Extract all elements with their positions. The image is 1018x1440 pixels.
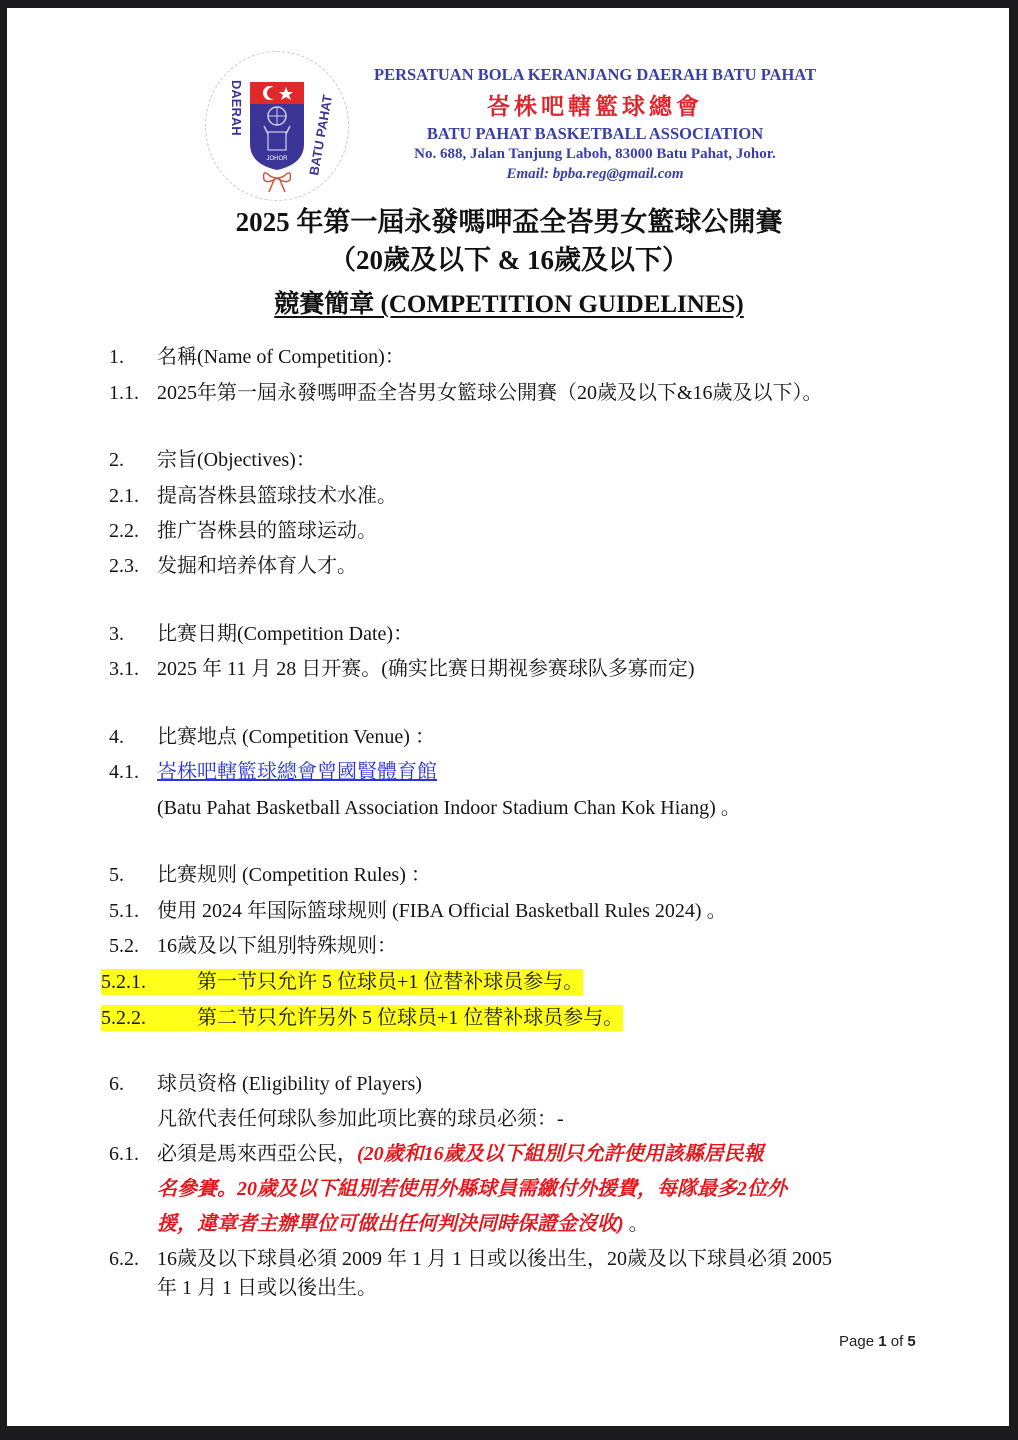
letterhead-email: Email: bpba.reg@gmail.com [357, 166, 833, 183]
svg-text:DAERAH: DAERAH [229, 80, 244, 136]
section-2-2: 2.2.推广峇株县的篮球运动。 [109, 516, 377, 546]
section-2-heading: 2.宗旨(Objectives)： [109, 445, 316, 475]
venue-link[interactable]: 峇株吧轄籃球總會曾國賢體育館 [157, 761, 437, 783]
document-subtitle: （20歲及以下 & 16歲及以下） [0, 238, 1018, 277]
guidelines-heading: 競賽簡章 (COMPETITION GUIDELINES) [0, 284, 1018, 320]
section-4-heading: 4.比赛地点 (Competition Venue) ： [109, 722, 435, 752]
section-1-1: 1.1.2025年第一屆永發嗎呷盃全峇男女籃球公開賽（20歲及以下&16歲及以下… [109, 378, 823, 408]
document-title: 2025 年第一屆永發嗎呷盃全峇男女籃球公開賽 [0, 200, 1018, 239]
letterhead-address: No. 688, Jalan Tanjung Laboh, 83000 Batu… [357, 146, 833, 163]
section-5-2-2: 5.2.2.第二节只允许另外 5 位球员+1 位替补球员参与。 [101, 1003, 623, 1033]
section-5-heading: 5.比赛规则 (Competition Rules) ： [109, 860, 431, 890]
association-logo: JOHOR DAERAH BATU PAHAT [205, 51, 349, 201]
highlighted-rule: 5.2.2.第二节只允许另外 5 位球员+1 位替补球员参与。 [101, 1005, 623, 1031]
letterhead-english-name: BATU PAHAT BASKETBALL ASSOCIATION [357, 124, 833, 144]
section-4-1-english: (Batu Pahat Basketball Association Indoo… [109, 793, 741, 823]
letterhead-malay-name: PERSATUAN BOLA KERANJANG DAERAH BATU PAH… [357, 65, 833, 85]
section-6-heading: 6.球员资格 (Eligibility of Players) [109, 1069, 422, 1099]
letterhead-chinese-name: 峇株吧轄籃球總會 [357, 88, 833, 121]
basketball-association-emblem-icon: JOHOR DAERAH BATU PAHAT [206, 52, 348, 200]
section-6-2-cont: 年 1 月 1 日或以後出生。 [109, 1273, 377, 1303]
section-2-3: 2.3.发掘和培养体育人才。 [109, 551, 357, 581]
section-3-heading: 3.比赛日期(Competition Date)： [109, 619, 413, 649]
highlighted-rule: 5.2.1.第一节只允许 5 位球员+1 位替补球员参与。 [101, 969, 583, 995]
page-number: Page 1 of 5 [839, 1333, 916, 1350]
residency-rule-note: (20歲和16歲及以下組別只允許使用該縣居民報 [357, 1143, 764, 1165]
section-6-1: 6.1.必須是馬來西亞公民，(20歲和16歲及以下組別只允許使用該縣居民報 [109, 1139, 764, 1169]
section-5-1: 5.1.使用 2024 年国际篮球规则 (FIBA Official Baske… [109, 896, 727, 926]
residency-rule-note-end: 援，違章者主辦單位可做出任何判決同時保證金沒收) 。 [109, 1209, 649, 1239]
section-4-1: 4.1.峇株吧轄籃球總會曾國賢體育館 [109, 757, 437, 787]
section-2-1: 2.1.提高峇株县篮球技术水准。 [109, 481, 397, 511]
section-5-2-1: 5.2.1.第一节只允许 5 位球员+1 位替补球员参与。 [101, 967, 583, 997]
svg-text:JOHOR: JOHOR [267, 156, 289, 162]
section-6-intro: 凡欲代表任何球队参加此项比赛的球员必须：- [109, 1104, 564, 1134]
section-6-2: 6.2.16歲及以下球員必須 2009 年 1 月 1 日或以後出生，20歲及以… [109, 1244, 832, 1274]
document-page: JOHOR DAERAH BATU PAHAT PERSATUAN BOLA K… [7, 8, 1009, 1426]
section-1-heading: 1.名稱(Name of Competition)： [109, 342, 405, 372]
section-5-2: 5.2.16歲及以下組別特殊规则： [109, 931, 397, 961]
section-3-1: 3.1.2025 年 11 月 28 日开赛。(确实比赛日期视参赛球队多寡而定) [109, 654, 695, 684]
svg-text:BATU PAHAT: BATU PAHAT [306, 93, 335, 176]
residency-rule-note-cont: 名參賽。20歲及以下組別若使用外縣球員需繳付外援費，每隊最多2位外 [109, 1174, 787, 1204]
